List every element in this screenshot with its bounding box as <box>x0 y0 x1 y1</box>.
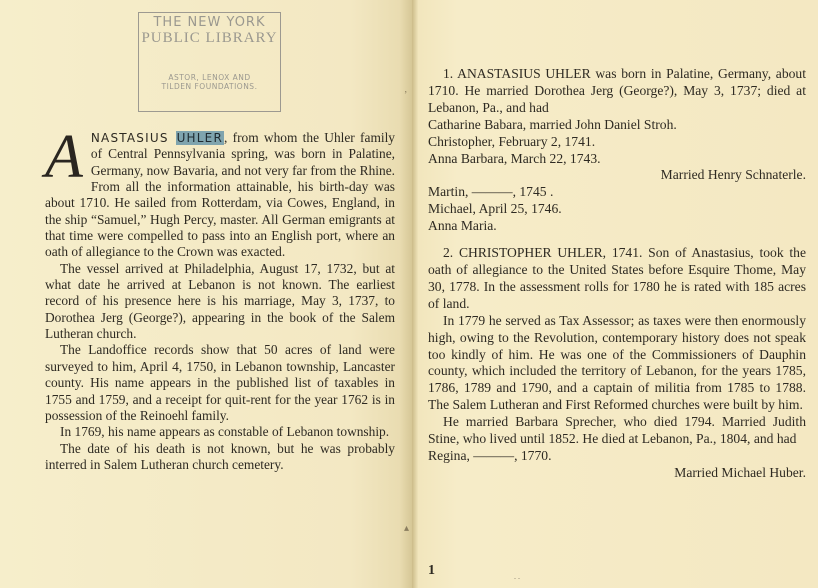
paragraph: The vessel arrived at Philadelphia, Augu… <box>45 261 395 343</box>
spacer <box>428 235 806 245</box>
margin-mark: ’ <box>404 90 407 101</box>
right-page-text: 1. ANASTASIUS UHLER was born in Palatine… <box>428 66 806 482</box>
marriage-note: Married Henry Schnaterle. <box>428 167 806 184</box>
paragraph: He married Barbara Sprecher, who died 17… <box>428 414 806 448</box>
book-spread: THE NEW YORK PUBLIC LIBRARY ASTOR, LENOX… <box>0 0 818 588</box>
entry-1: 1. ANASTASIUS UHLER was born in Palatine… <box>428 66 806 117</box>
library-stamp: THE NEW YORK PUBLIC LIBRARY ASTOR, LENOX… <box>138 12 281 112</box>
paragraph: In 1769, his name appears as constable o… <box>45 424 395 440</box>
page-number: 1 <box>428 563 435 579</box>
stamp-line-3: ASTOR, LENOX AND <box>139 73 280 82</box>
left-page: THE NEW YORK PUBLIC LIBRARY ASTOR, LENOX… <box>0 0 412 588</box>
stamp-line-4: TILDEN FOUNDATIONS. <box>139 82 280 91</box>
drop-cap: A <box>45 130 83 184</box>
stamp-line-1: THE NEW YORK <box>139 15 280 30</box>
marriage-note: Married Michael Huber. <box>428 465 806 482</box>
intro-paragraph: ANASTASIUS UHLER, from whom the Uhler fa… <box>45 130 395 261</box>
child-item: Anna Maria. <box>428 218 806 235</box>
paragraph: In 1779 he served as Tax Assessor; as ta… <box>428 313 806 414</box>
left-page-text: ANASTASIUS UHLER, from whom the Uhler fa… <box>45 130 395 473</box>
child-item: Regina, ———, 1770. <box>428 448 806 465</box>
margin-mark: ▴ <box>404 523 409 534</box>
paragraph: The Landoffice records show that 50 acre… <box>45 342 395 424</box>
intro-caps: NASTASIUS <box>91 131 176 145</box>
child-item: Michael, April 25, 1746. <box>428 201 806 218</box>
child-item: Christopher, February 2, 1741. <box>428 134 806 151</box>
intro-text: , from whom the Uhler family of Central … <box>45 130 395 259</box>
child-item: Anna Barbara, March 22, 1743. <box>428 151 806 168</box>
right-page: 1. ANASTASIUS UHLER was born in Palatine… <box>418 0 818 588</box>
entry-2: 2. CHRISTOPHER UHLER, 1741. Son of Anast… <box>428 245 806 313</box>
stamp-line-2: PUBLIC LIBRARY <box>139 30 280 47</box>
child-item: Catharine Babara, married John Daniel St… <box>428 117 806 134</box>
highlighted-name[interactable]: UHLER <box>176 131 224 145</box>
paragraph: The date of his death is not known, but … <box>45 441 395 474</box>
child-item: Martin, ———, 1745 . <box>428 184 806 201</box>
footer-dots: . . <box>514 572 520 581</box>
